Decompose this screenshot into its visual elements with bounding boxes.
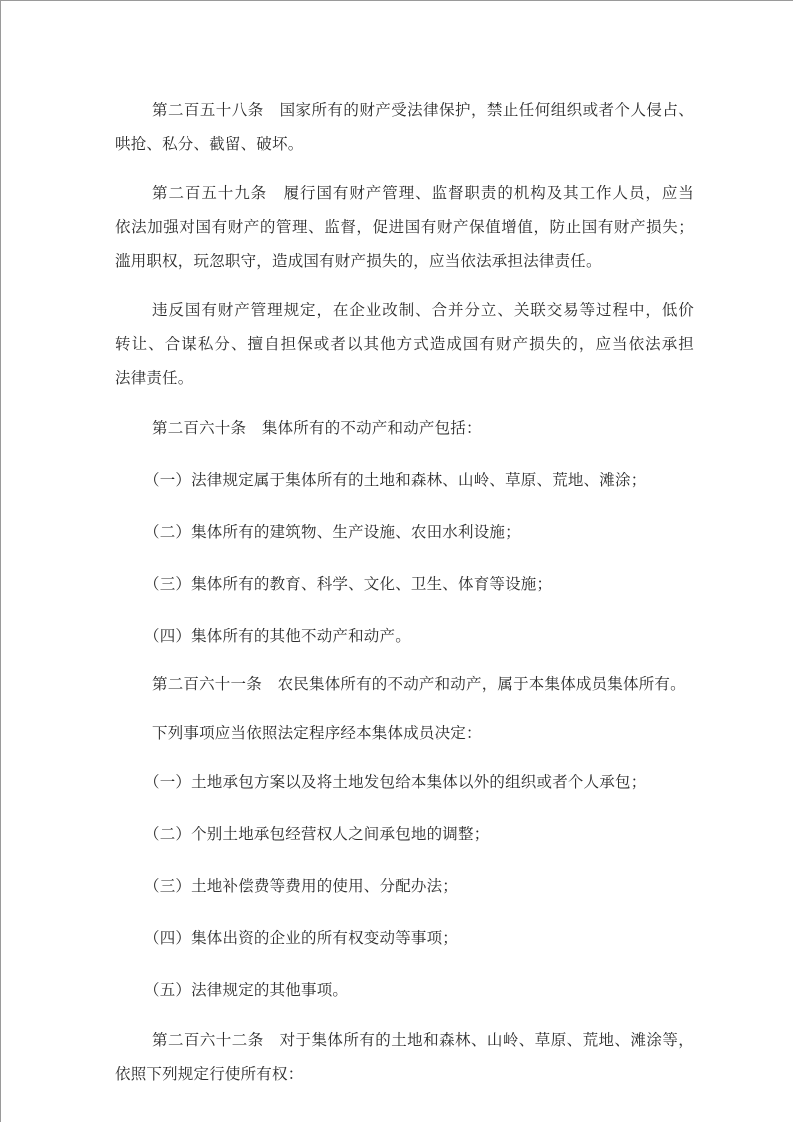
text-line: 下列事项应当依照法定程序经本集体成员决定：: [152, 723, 482, 743]
text-line: 第二百六十一条 农民集体所有的不动产和动产，属于本集体成员集体所有。: [152, 674, 686, 694]
text-line: 第二百六十条 集体所有的不动产和动产包括：: [152, 418, 482, 438]
text-line: （五）法律规定的其他事项。: [144, 980, 348, 1000]
text-line: （四）集体出资的企业的所有权变动等事项；: [144, 928, 458, 948]
text-line: 滥用职权，玩忽职守，造成国有财产损失的，应当依法承担法律责任。: [115, 251, 602, 271]
text-line: 违反国有财产管理规定，在企业改制、合并分立、关联交易等过程中，低价: [152, 300, 694, 320]
text-line: 法律责任。: [115, 368, 194, 388]
text-line: 转让、合谋私分、擅自担保或者以其他方式造成国有财产损失的，应当依法承担: [115, 334, 694, 354]
text-line: 依法加强对国有财产的管理、监督，促进国有财产保值增值，防止国有财产损失；: [115, 217, 694, 237]
text-line: （一）法律规定属于集体所有的土地和森林、山岭、草原、荒地、滩涂；: [144, 470, 646, 490]
text-line: 第二百六十二条 对于集体所有的土地和森林、山岭、草原、荒地、滩涂等，: [152, 1030, 694, 1050]
text-line: （二）集体所有的建筑物、生产设施、农田水利设施；: [144, 522, 521, 542]
text-line: 第二百五十八条 国家所有的财产受法律保护，禁止任何组织或者个人侵占、: [152, 100, 694, 120]
text-line: （三）土地补偿费等费用的使用、分配办法；: [144, 876, 458, 896]
document-page: 第二百五十八条 国家所有的财产受法律保护，禁止任何组织或者个人侵占、哄抢、私分、…: [0, 0, 793, 1122]
text-line: 第二百五十九条 履行国有财产管理、监督职责的机构及其工作人员，应当: [152, 183, 694, 203]
text-line: （二）个别土地承包经营权人之间承包地的调整；: [144, 824, 489, 844]
text-line: （一）土地承包方案以及将土地发包给本集体以外的组织或者个人承包；: [144, 772, 646, 792]
text-line: （三）集体所有的教育、科学、文化、卫生、体育等设施；: [144, 574, 552, 594]
text-line: 哄抢、私分、截留、破坏。: [115, 134, 303, 154]
text-line: 依照下列规定行使所有权：: [115, 1064, 303, 1084]
text-line: （四）集体所有的其他不动产和动产。: [144, 626, 411, 646]
